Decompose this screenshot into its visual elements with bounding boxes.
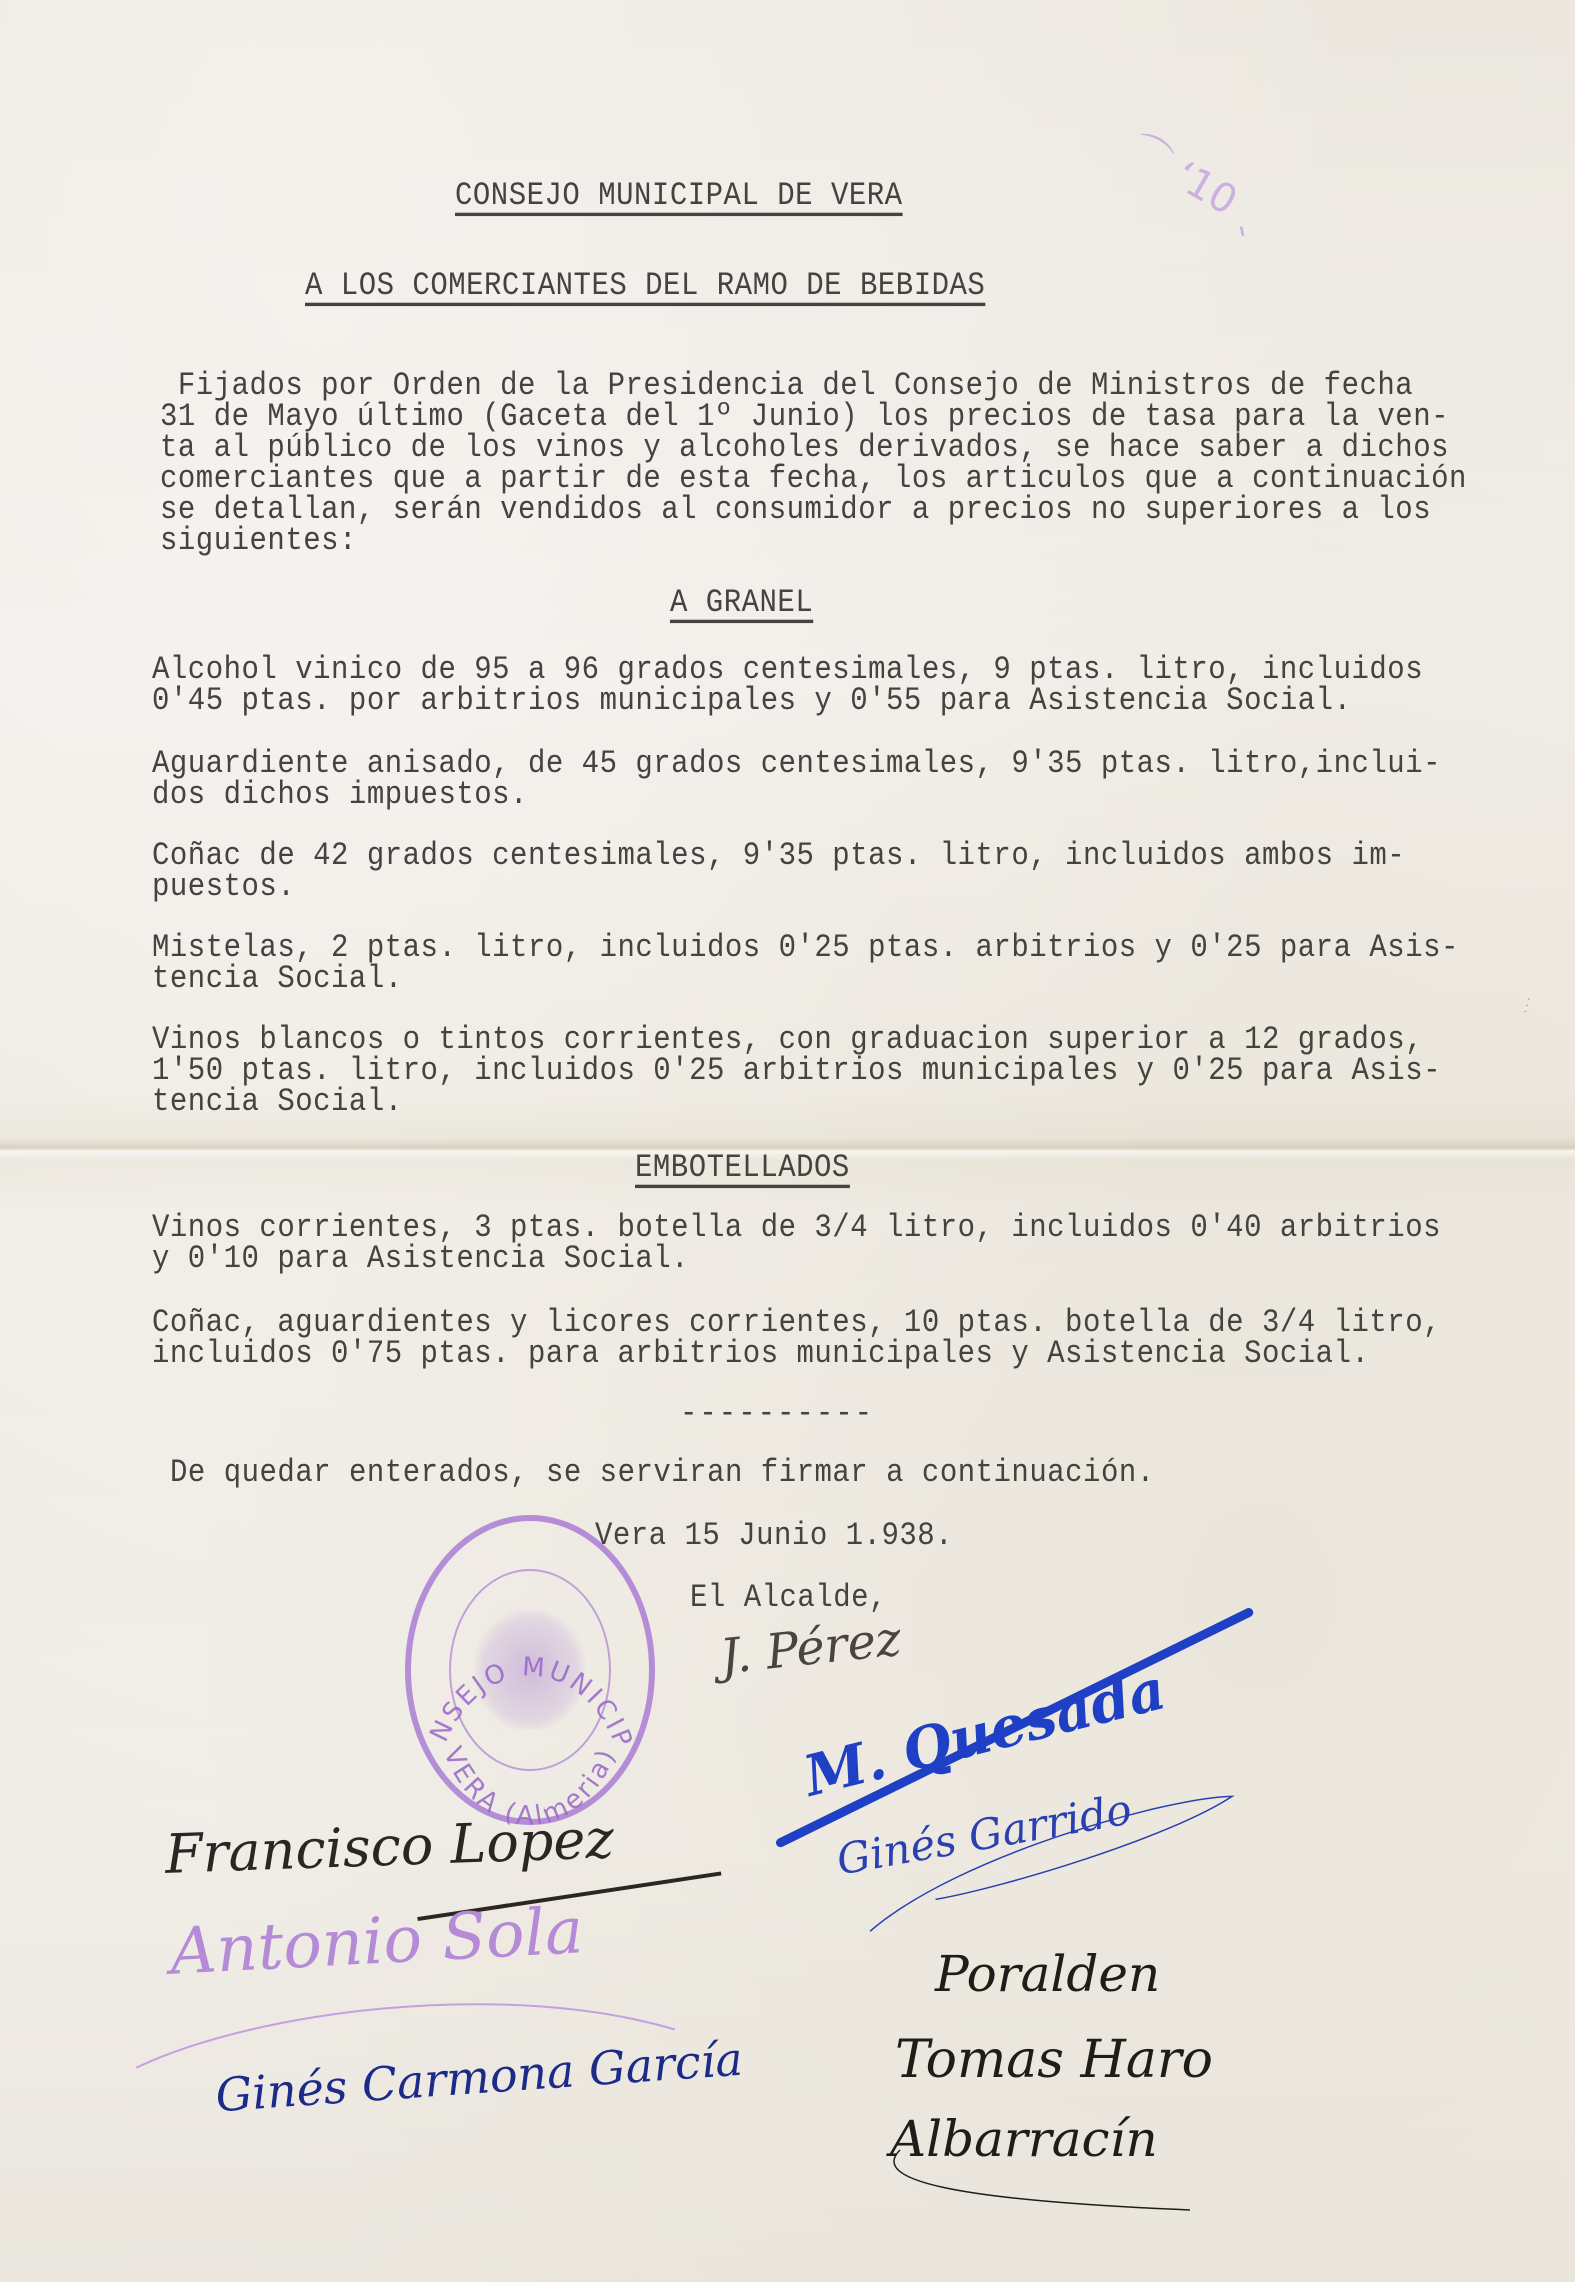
signature-text: Albarracín [890,2110,1158,2168]
signature-text: Tomas Haro [895,2030,1213,2090]
signature-flourish [833,1835,845,1847]
item-line: tencia Social. [152,961,403,996]
intro-line: siguientes: [160,523,357,558]
stamp-top-text: CONSEJO MUNICIPAL [405,1515,638,1752]
section-heading: A GRANEL [670,585,813,620]
signature-poralden: Poralden [935,1945,1160,2003]
closing-sentence: De quedar enterados, se serviran firmar … [170,1455,1155,1490]
signatory-role: El Alcalde, [690,1580,887,1615]
item-line: y 0'10 para Asistencia Social. [152,1241,689,1276]
item-line: incluidos 0'75 ptas. para arbitrios muni… [152,1336,1369,1371]
item-line: dos dichos impuestos. [152,777,528,812]
signature-albarracin: Albarracín [890,2110,1158,2168]
item-line: 0'45 ptas. por arbitrios municipales y 0… [152,683,1352,718]
section-heading: EMBOTELLADOS [635,1150,850,1185]
signature-text: Poralden [935,1945,1160,2003]
stamp-lettering: CONSEJO MUNICIPAL VERA (Almeria) [405,1515,655,1825]
signature-flourish [168,1915,179,1926]
separator-dashes: ---------- [680,1396,874,1431]
signature-underline-stroke [164,1823,174,1833]
svg-text:CONSEJO MUNICIPAL: CONSEJO MUNICIPAL [405,1515,638,1752]
signature-tomas-haro: Tomas Haro [895,2030,1213,2090]
item-line: tencia Social. [152,1084,403,1119]
item-line: puestos. [152,869,295,904]
document-title: CONSEJO MUNICIPAL DE VERA [455,178,903,213]
signature-flourish [890,2110,900,2120]
item-line: Coñac de 42 grados centesimales, 9'35 pt… [152,838,1405,873]
document-subtitle: A LOS COMERCIANTES DEL RAMO DE BEBIDAS [305,268,985,303]
official-stamp: CONSEJO MUNICIPAL VERA (Almeria) [405,1515,655,1825]
